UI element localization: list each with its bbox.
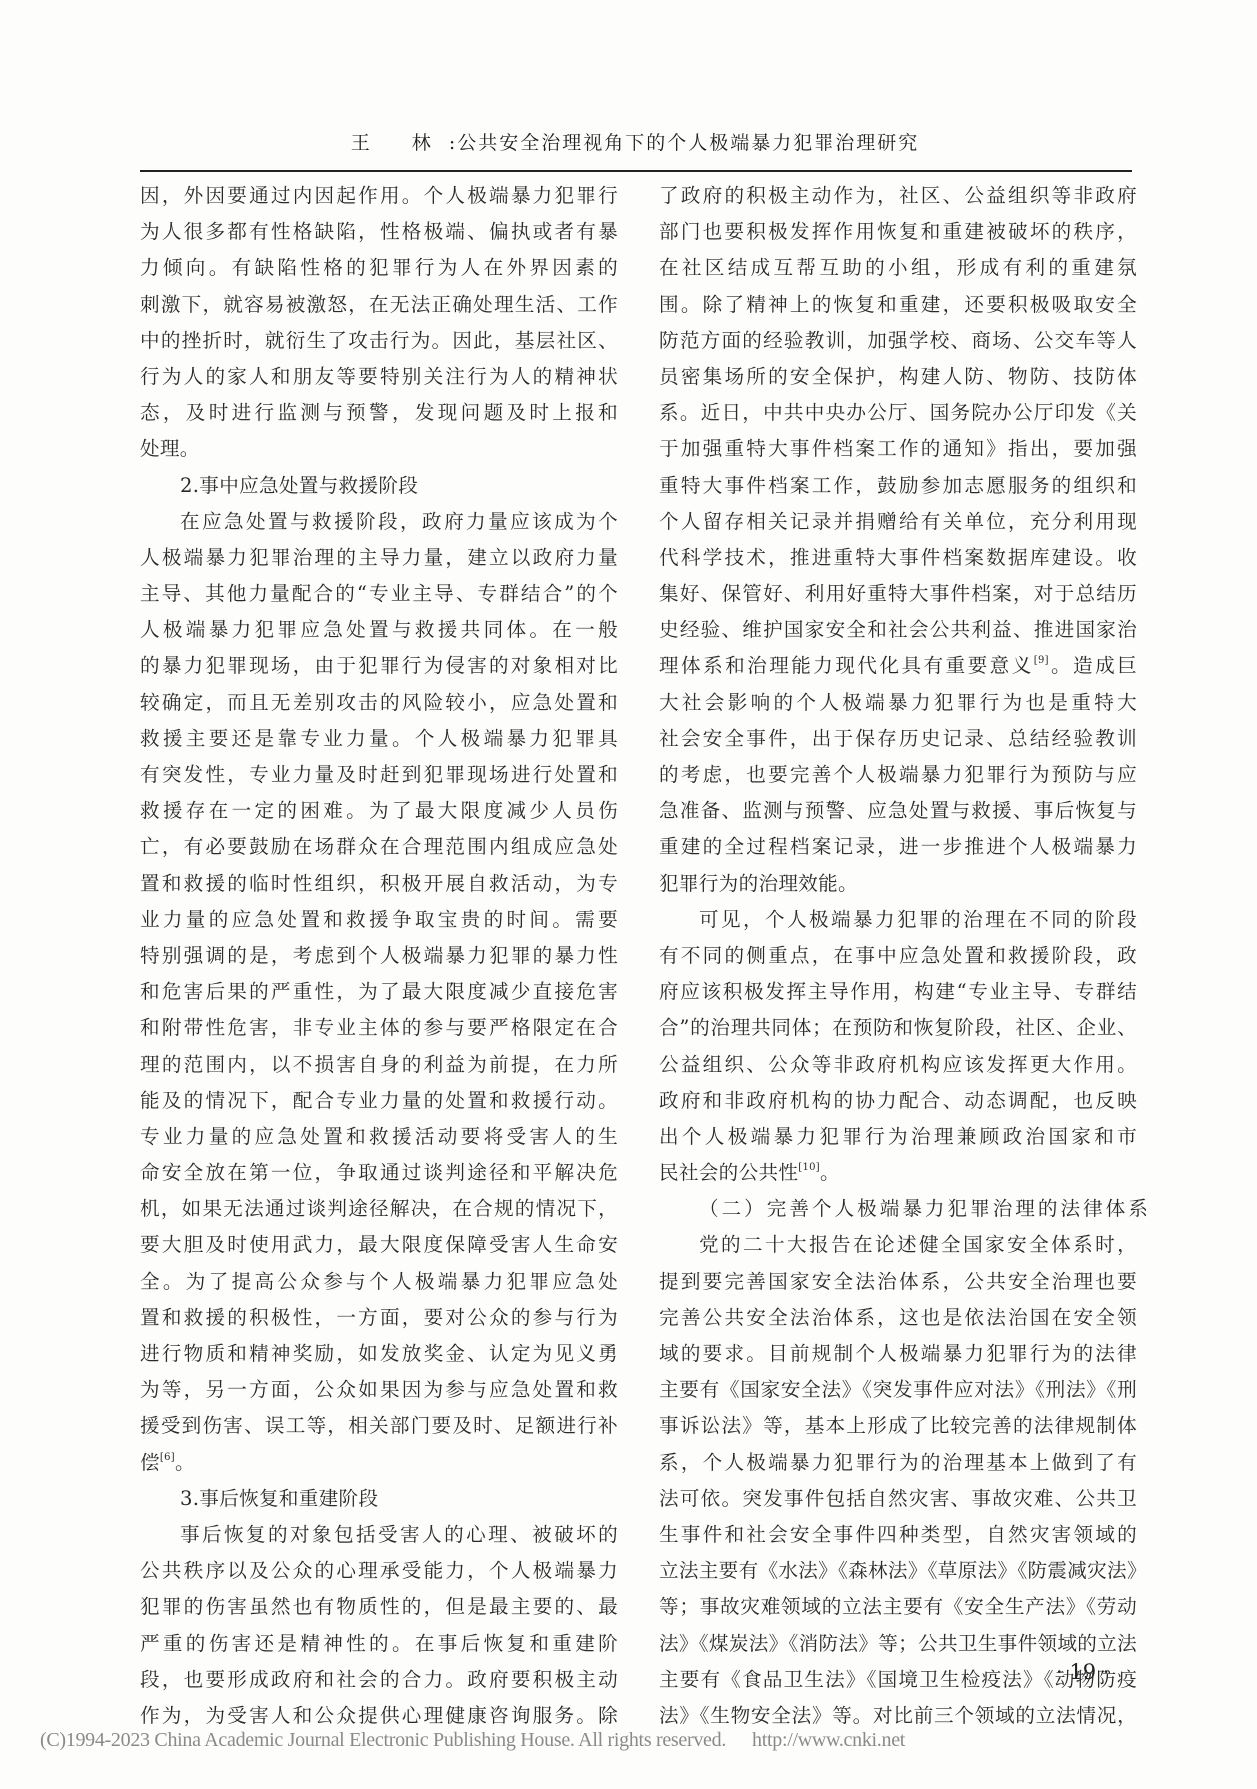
text-line: 业力量的应急处置和救援争取宝贵的时间。需要 — [140, 902, 618, 938]
article-title: 公共安全治理视角下的个人极端暴力犯罪治理研究 — [457, 132, 919, 154]
text-line: 中的挫折时，就衍生了攻击行为。因此，基层社区、 — [140, 323, 618, 359]
text-line: 主要有《国家安全法》《突发事件应对法》《刑法》《刑 — [659, 1372, 1137, 1408]
line-text: 命安全放在第一位，争取通过谈判途径和平解决危 — [140, 1161, 618, 1184]
text-line: 置和救援的临时性组织，积极开展自救活动，为专 — [140, 866, 618, 902]
line-text: 业力量的应急处置和救援争取宝贵的时间。需要 — [140, 908, 618, 931]
line-text: 法》《煤炭法》《消防法》等；公共卫生事件领域的立法 — [659, 1632, 1137, 1655]
line-text: 公益组织、公众等非政府机构应该发挥更大作用。 — [659, 1053, 1137, 1076]
copyright-text: (C)1994-2023 China Academic Journal Elec… — [40, 1729, 726, 1751]
line-text: 专业力量的应急处置和救援活动要将受害人的生 — [140, 1125, 618, 1148]
text-line: 系，个人极端暴力犯罪行为的治理基本上做到了有 — [659, 1445, 1137, 1481]
text-line: 代科学技术，推进重特大事件档案数据库建设。收 — [659, 540, 1137, 576]
page-number: · 19 · — [1056, 1660, 1109, 1684]
line-text: 在应急处置与救援阶段，政府力量应该成为个 — [180, 510, 618, 533]
line-text: 为等，另一方面，公众如果因为参与应急处置和救 — [140, 1378, 618, 1401]
line-text: 人极端暴力犯罪治理的主导力量，建立以政府力量 — [140, 546, 618, 569]
cnki-link[interactable]: http://www.cnki.net — [752, 1729, 905, 1751]
text-line: 法》《煤炭法》《消防法》等；公共卫生事件领域的立法 — [659, 1626, 1137, 1662]
text-line: 理的范围内，以不损害自身的利益为前提，在力所 — [140, 1047, 618, 1083]
text-line: 了政府的积极主动作为，社区、公益组织等非政府 — [659, 178, 1137, 214]
line-text: 重特大事件档案工作，鼓励参加志愿服务的组织和 — [659, 474, 1137, 497]
text-line: 特别强调的是，考虑到个人极端暴力犯罪的暴力性 — [140, 938, 618, 974]
line-text: 理体系和治理能力现代化具有重要意义 — [659, 654, 1034, 677]
line-text: 的暴力犯罪现场，由于犯罪行为侵害的对象相对比 — [140, 654, 618, 677]
citation-marker[interactable]: [10] — [798, 1162, 820, 1173]
line-text: 事诉讼法》等，基本上形成了比较完善的法律规制体 — [659, 1414, 1137, 1437]
running-header: 王 林:公共安全治理视角下的个人极端暴力犯罪治理研究 — [140, 128, 1130, 155]
text-line: 公益组织、公众等非政府机构应该发挥更大作用。 — [659, 1047, 1137, 1083]
text-line: 援受到伤害、误工等，相关部门要及时、足额进行补 — [140, 1408, 618, 1444]
line-text: 可见，个人极端暴力犯罪的治理在不同的阶段 — [699, 908, 1137, 931]
section-heading: 2.事中应急处置与救援阶段 — [140, 468, 618, 504]
line-text: 公共秩序以及公众的心理承受能力，个人极端暴力 — [140, 1559, 618, 1582]
line-text: 代科学技术，推进重特大事件档案数据库建设。收 — [659, 546, 1137, 569]
text-line: 在应急处置与救援阶段，政府力量应该成为个 — [140, 504, 618, 540]
line-text: 要大胆及时使用武力，最大限度保障受害人生命安 — [140, 1233, 618, 1256]
text-line: 救援主要还是靠专业力量。个人极端暴力犯罪具 — [140, 721, 618, 757]
line-text: 合”的治理共同体；在预防和恢复阶段，社区、企业、 — [659, 1016, 1137, 1039]
text-line: 完善公共安全法治体系，这也是依法治国在安全领 — [659, 1300, 1137, 1336]
text-line: 等；事故灾难领域的立法主要有《安全生产法》《劳动 — [659, 1589, 1137, 1625]
line-text: 主要有《国家安全法》《突发事件应对法》《刑法》《刑 — [659, 1378, 1137, 1401]
text-line: 机，如果无法通过谈判途径解决，在合规的情况下， — [140, 1191, 618, 1227]
text-line: 公共秩序以及公众的心理承受能力，个人极端暴力 — [140, 1553, 618, 1589]
line-text: 主导、其他力量配合的“专业主导、专群结合”的个 — [140, 582, 618, 605]
line-text: 于加强重特大事件档案工作的通知》指出，要加强 — [659, 437, 1137, 460]
text-line: 命安全放在第一位，争取通过谈判途径和平解决危 — [140, 1155, 618, 1191]
line-text: 法可依。突发事件包括自然灾害、事故灾难、公共卫 — [659, 1487, 1137, 1510]
text-line: 态，及时进行监测与预警，发现问题及时上报和 — [140, 395, 618, 431]
left-column: 因，外因要通过内因起作用。个人极端暴力犯罪行为人很多都有性格缺陷，性格极端、偏执… — [140, 178, 618, 1734]
section-heading: （二）完善个人极端暴力犯罪治理的法律体系 — [659, 1191, 1137, 1227]
text-line: 于加强重特大事件档案工作的通知》指出，要加强 — [659, 431, 1137, 467]
text-line: 立法主要有《水法》《森林法》《草原法》《防震减灾法》 — [659, 1553, 1137, 1589]
line-text: 行为人的家人和朋友等要特别关注行为人的精神状 — [140, 365, 618, 388]
line-text: 人极端暴力犯罪应急处置与救援共同体。在一般 — [140, 618, 618, 641]
text-line: 有不同的侧重点，在事中应急处置和救援阶段，政 — [659, 938, 1137, 974]
text-line: 急准备、监测与预警、应急处置与救援、事后恢复与 — [659, 793, 1137, 829]
text-line: 人极端暴力犯罪应急处置与救援共同体。在一般 — [140, 612, 618, 648]
line-text: 态，及时进行监测与预警，发现问题及时上报和 — [140, 401, 618, 424]
line-text: 救援主要还是靠专业力量。个人极端暴力犯罪具 — [140, 727, 618, 750]
line-text: 机，如果无法通过谈判途径解决，在合规的情况下， — [140, 1197, 618, 1220]
text-line: 部门也要积极发挥作用恢复和重建被破坏的秩序， — [659, 214, 1137, 250]
line-text: 了政府的积极主动作为，社区、公益组织等非政府 — [659, 184, 1137, 207]
text-line: 重特大事件档案工作，鼓励参加志愿服务的组织和 — [659, 468, 1137, 504]
text-line: 法可依。突发事件包括自然灾害、事故灾难、公共卫 — [659, 1481, 1137, 1517]
line-text-tail: 。造成巨 — [1049, 654, 1137, 677]
line-text: 府应该积极发挥主导作用，构建“专业主导、专群结 — [659, 980, 1137, 1003]
line-text: 理的范围内，以不损害自身的利益为前提，在力所 — [140, 1053, 618, 1076]
text-line: 事诉讼法》等，基本上形成了比较完善的法律规制体 — [659, 1408, 1137, 1444]
line-text: 3.事后恢复和重建阶段 — [180, 1487, 378, 1510]
line-text: 立法主要有《水法》《森林法》《草原法》《防震减灾法》 — [659, 1559, 1147, 1582]
author-name: 王 林 — [351, 132, 449, 154]
text-line: 犯罪的伤害虽然也有物质性的，但是最主要的、最 — [140, 1589, 618, 1625]
line-text-tail: 。 — [820, 1161, 840, 1184]
text-line: 的暴力犯罪现场，由于犯罪行为侵害的对象相对比 — [140, 648, 618, 684]
line-text: 事后恢复的对象包括受害人的心理、被破坏的 — [180, 1523, 618, 1546]
line-text: 作为，为受害人和公众提供心理健康咨询服务。除 — [140, 1704, 618, 1727]
line-text: 置和救援的积极性，一方面，要对公众的参与行为 — [140, 1306, 618, 1329]
text-line: 较确定，而且无差别攻击的风险较小，应急处置和 — [140, 685, 618, 721]
line-text: 段，也要形成政府和社会的合力。政府要积极主动 — [140, 1668, 618, 1691]
text-line: 要大胆及时使用武力，最大限度保障受害人生命安 — [140, 1227, 618, 1263]
line-text: 力倾向。有缺陷性格的犯罪行为人在外界因素的 — [140, 256, 618, 279]
line-text: （二）完善个人极端暴力犯罪治理的法律体系 — [699, 1197, 1151, 1220]
line-text: 能及的情况下，配合专业力量的处置和救援行动。 — [140, 1089, 618, 1112]
line-text-tail: 。 — [175, 1451, 195, 1474]
text-line: 行为人的家人和朋友等要特别关注行为人的精神状 — [140, 359, 618, 395]
text-line: 段，也要形成政府和社会的合力。政府要积极主动 — [140, 1662, 618, 1698]
text-line: 集好、保管好、利用好重特大事件档案，对于总结历 — [659, 576, 1137, 612]
text-line: 事后恢复的对象包括受害人的心理、被破坏的 — [140, 1517, 618, 1553]
line-text: 严重的伤害还是精神性的。在事后恢复和重建阶 — [140, 1632, 618, 1655]
line-text: 法》《生物安全法》等。对比前三个领域的立法情况， — [659, 1704, 1137, 1727]
line-text: 全。为了提高公众参与个人极端暴力犯罪应急处 — [140, 1270, 618, 1293]
line-text: 置和救援的临时性组织，积极开展自救活动，为专 — [140, 872, 618, 895]
text-line: 有突发性，专业力量及时赶到犯罪现场进行处置和 — [140, 757, 618, 793]
text-line: 大社会影响的个人极端暴力犯罪行为也是重特大 — [659, 685, 1137, 721]
line-text: 个人留存相关记录并捐赠给有关单位，充分利用现 — [659, 510, 1137, 533]
citation-marker[interactable]: [9] — [1034, 655, 1049, 666]
line-text: 等；事故灾难领域的立法主要有《安全生产法》《劳动 — [659, 1595, 1137, 1618]
text-line: 员密集场所的安全保护，构建人防、物防、技防体 — [659, 359, 1137, 395]
line-text: 系，个人极端暴力犯罪行为的治理基本上做到了有 — [659, 1451, 1137, 1474]
line-text: 处理。 — [140, 437, 200, 460]
line-text: 完善公共安全法治体系，这也是依法治国在安全领 — [659, 1306, 1137, 1329]
line-text: 党的二十大报告在论述健全国家安全体系时， — [699, 1233, 1137, 1256]
line-text: 较确定，而且无差别攻击的风险较小，应急处置和 — [140, 691, 618, 714]
text-line: 力倾向。有缺陷性格的犯罪行为人在外界因素的 — [140, 250, 618, 286]
line-text: 部门也要积极发挥作用恢复和重建被破坏的秩序， — [659, 220, 1137, 243]
text-line: 合”的治理共同体；在预防和恢复阶段，社区、企业、 — [659, 1010, 1137, 1046]
line-text: 救援存在一定的困难。为了最大限度减少人员伤 — [140, 799, 618, 822]
line-text: 因，外因要通过内因起作用。个人极端暴力犯罪行 — [140, 184, 618, 207]
text-line: 可见，个人极端暴力犯罪的治理在不同的阶段 — [659, 902, 1137, 938]
text-line: 围。除了精神上的恢复和重建，还要积极吸取安全 — [659, 287, 1137, 323]
text-line: 个人留存相关记录并捐赠给有关单位，充分利用现 — [659, 504, 1137, 540]
line-text: 在社区结成互帮互助的小组，形成有利的重建氛 — [659, 256, 1137, 279]
line-text: 急准备、监测与预警、应急处置与救援、事后恢复与 — [659, 799, 1137, 822]
text-line: 处理。 — [140, 431, 618, 467]
line-text: 防范方面的经验教训，加强学校、商场、公交车等人 — [659, 329, 1137, 352]
header-rule — [140, 170, 1132, 172]
text-line: 救援存在一定的困难。为了最大限度减少人员伤 — [140, 793, 618, 829]
right-column: 了政府的积极主动作为，社区、公益组织等非政府部门也要积极发挥作用恢复和重建被破坏… — [659, 178, 1137, 1734]
line-text: 中的挫折时，就衍生了攻击行为。因此，基层社区、 — [140, 329, 618, 352]
text-line: 和附带性危害，非专业主体的参与要严格限定在合 — [140, 1010, 618, 1046]
text-line: 犯罪行为的治理效能。 — [659, 866, 1137, 902]
text-line: 亡，有必要鼓励在场群众在合理范围内组成应急处 — [140, 829, 618, 865]
text-line: 生事件和社会安全事件四种类型，自然灾害领域的 — [659, 1517, 1137, 1553]
text-line: 出个人极端暴力犯罪行为治理兼顾政治国家和市 — [659, 1119, 1137, 1155]
line-text: 的考虑，也要完善个人极端暴力犯罪行为预防与应 — [659, 763, 1137, 786]
line-text: 有不同的侧重点，在事中应急处置和救援阶段，政 — [659, 944, 1137, 967]
text-line: 提到要完善国家安全法治体系，公共安全治理也要 — [659, 1264, 1137, 1300]
text-line: 严重的伤害还是精神性的。在事后恢复和重建阶 — [140, 1626, 618, 1662]
line-text: 出个人极端暴力犯罪行为治理兼顾政治国家和市 — [659, 1125, 1137, 1148]
text-line: 防范方面的经验教训，加强学校、商场、公交车等人 — [659, 323, 1137, 359]
line-text: 进行物质和精神奖励，如发放奖金、认定为见义勇 — [140, 1342, 618, 1365]
text-line: 主导、其他力量配合的“专业主导、专群结合”的个 — [140, 576, 618, 612]
line-text: 政府和非政府机构的协力配合、动态调配，也反映 — [659, 1089, 1137, 1112]
citation-marker[interactable]: [6] — [160, 1452, 175, 1463]
text-line: 刺激下，就容易被激怒，在无法正确处理生活、工作 — [140, 287, 618, 323]
text-line: 党的二十大报告在论述健全国家安全体系时， — [659, 1227, 1137, 1263]
line-text: 犯罪的伤害虽然也有物质性的，但是最主要的、最 — [140, 1595, 618, 1618]
text-line: 在社区结成互帮互助的小组，形成有利的重建氛 — [659, 250, 1137, 286]
text-line: 重建的全过程档案记录，进一步推进个人极端暴力 — [659, 829, 1137, 865]
line-text: 生事件和社会安全事件四种类型，自然灾害领域的 — [659, 1523, 1137, 1546]
text-line: 进行物质和精神奖励，如发放奖金、认定为见义勇 — [140, 1336, 618, 1372]
line-text: 大社会影响的个人极端暴力犯罪行为也是重特大 — [659, 691, 1137, 714]
text-line: 民社会的公共性[10]。 — [659, 1155, 1137, 1191]
line-text: 援受到伤害、误工等，相关部门要及时、足额进行补 — [140, 1414, 618, 1437]
line-text: 特别强调的是，考虑到个人极端暴力犯罪的暴力性 — [140, 944, 618, 967]
line-text: 和危害后果的严重性，为了最大限度减少直接危害 — [140, 980, 618, 1003]
text-line: 域的要求。目前规制个人极端暴力犯罪行为的法律 — [659, 1336, 1137, 1372]
line-text: 史经验、维护国家安全和社会公共利益、推进国家治 — [659, 618, 1137, 641]
text-line: 因，外因要通过内因起作用。个人极端暴力犯罪行 — [140, 178, 618, 214]
text-line: 政府和非政府机构的协力配合、动态调配，也反映 — [659, 1083, 1137, 1119]
line-text: 为人很多都有性格缺陷，性格极端、偏执或者有暴 — [140, 220, 618, 243]
line-text: 犯罪行为的治理效能。 — [659, 872, 858, 895]
text-line: 府应该积极发挥主导作用，构建“专业主导、专群结 — [659, 974, 1137, 1010]
text-line: 专业力量的应急处置和救援活动要将受害人的生 — [140, 1119, 618, 1155]
text-line: 史经验、维护国家安全和社会公共利益、推进国家治 — [659, 612, 1137, 648]
line-text: 和附带性危害，非专业主体的参与要严格限定在合 — [140, 1016, 618, 1039]
line-text: 刺激下，就容易被激怒，在无法正确处理生活、工作 — [140, 293, 618, 316]
copyright-footer: (C)1994-2023 China Academic Journal Elec… — [40, 1729, 905, 1752]
text-line: 为人很多都有性格缺陷，性格极端、偏执或者有暴 — [140, 214, 618, 250]
text-line: 理体系和治理能力现代化具有重要意义[9]。造成巨 — [659, 648, 1137, 684]
line-text: 民社会的公共性 — [659, 1161, 798, 1184]
text-line: 系。近日，中共中央办公厅、国务院办公厅印发《关 — [659, 395, 1137, 431]
text-line: 社会安全事件，出于保存历史记录、总结经验教训 — [659, 721, 1137, 757]
text-line: 为等，另一方面，公众如果因为参与应急处置和救 — [140, 1372, 618, 1408]
line-text: 有突发性，专业力量及时赶到犯罪现场进行处置和 — [140, 763, 618, 786]
line-text: 域的要求。目前规制个人极端暴力犯罪行为的法律 — [659, 1342, 1137, 1365]
text-line: 能及的情况下，配合专业力量的处置和救援行动。 — [140, 1083, 618, 1119]
line-text: 亡，有必要鼓励在场群众在合理范围内组成应急处 — [140, 835, 618, 858]
line-text: 社会安全事件，出于保存历史记录、总结经验教训 — [659, 727, 1137, 750]
line-text: 员密集场所的安全保护，构建人防、物防、技防体 — [659, 365, 1137, 388]
line-text: 集好、保管好、利用好重特大事件档案，对于总结历 — [659, 582, 1137, 605]
line-text: 2.事中应急处置与救援阶段 — [180, 474, 418, 497]
text-line: 全。为了提高公众参与个人极端暴力犯罪应急处 — [140, 1264, 618, 1300]
text-line: 偿[6]。 — [140, 1445, 618, 1481]
text-line: 人极端暴力犯罪治理的主导力量，建立以政府力量 — [140, 540, 618, 576]
line-text: 围。除了精神上的恢复和重建，还要积极吸取安全 — [659, 293, 1137, 316]
line-text: 提到要完善国家安全法治体系，公共安全治理也要 — [659, 1270, 1137, 1293]
section-heading: 3.事后恢复和重建阶段 — [140, 1481, 618, 1517]
header-separator: : — [449, 132, 457, 154]
line-text: 系。近日，中共中央办公厅、国务院办公厅印发《关 — [659, 401, 1137, 424]
line-text: 偿 — [140, 1451, 160, 1474]
text-line: 的考虑，也要完善个人极端暴力犯罪行为预防与应 — [659, 757, 1137, 793]
text-line: 和危害后果的严重性，为了最大限度减少直接危害 — [140, 974, 618, 1010]
text-line: 置和救援的积极性，一方面，要对公众的参与行为 — [140, 1300, 618, 1336]
line-text: 重建的全过程档案记录，进一步推进个人极端暴力 — [659, 835, 1137, 858]
